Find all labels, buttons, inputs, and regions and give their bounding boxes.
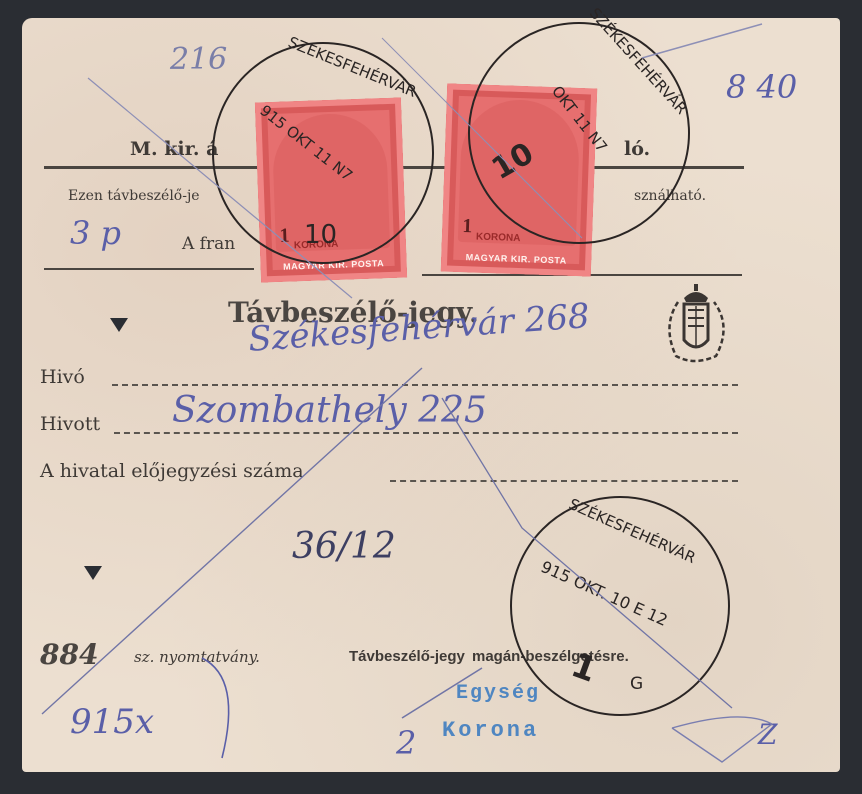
telephone-ticket-document: M. kir. á ló. Ezen távbeszélő-je sználha… [22,18,840,772]
pen-strokes [22,18,840,772]
